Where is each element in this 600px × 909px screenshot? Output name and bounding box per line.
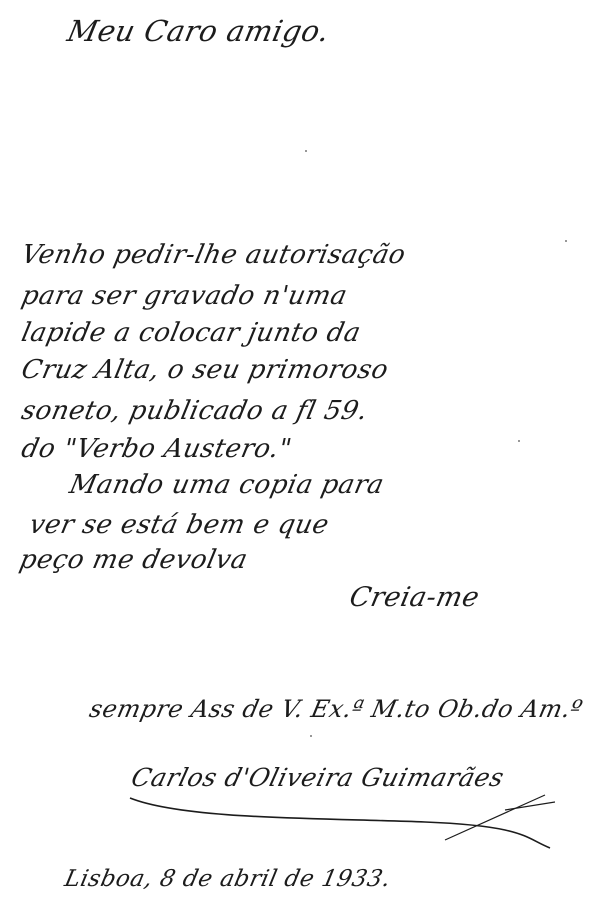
salutation: Meu Caro amigo.	[64, 14, 332, 48]
dateline: Lisboa, 8 de abril de 1933.	[62, 866, 393, 892]
body-line: peço me devolva	[17, 545, 251, 575]
paper-speck	[518, 440, 520, 442]
signature: Carlos d'Oliveira Guimarães	[128, 763, 507, 792]
body-line: lapide a colocar junto da	[19, 318, 364, 348]
signature-flourish-icon	[125, 790, 555, 850]
paper-speck	[565, 240, 567, 242]
closing: Creia-me	[347, 582, 483, 613]
body-line: Mando uma copia para	[67, 470, 387, 500]
body-line: ver se está bem e que	[27, 510, 332, 540]
paper-speck	[305, 150, 307, 152]
body-line: do "Verbo Austero."	[19, 434, 295, 464]
body-line: soneto, publicado a fl 59.	[19, 396, 371, 426]
closing-formula: sempre Ass de V. Ex.ª M.to Ob.do Am.º	[87, 695, 585, 723]
paper-speck	[310, 735, 312, 737]
body-line: para ser gravado n'uma	[19, 281, 350, 311]
body-line: Cruz Alta, o seu primoroso	[19, 355, 391, 385]
body-line: Venho pedir-lhe autorisação	[19, 240, 409, 270]
